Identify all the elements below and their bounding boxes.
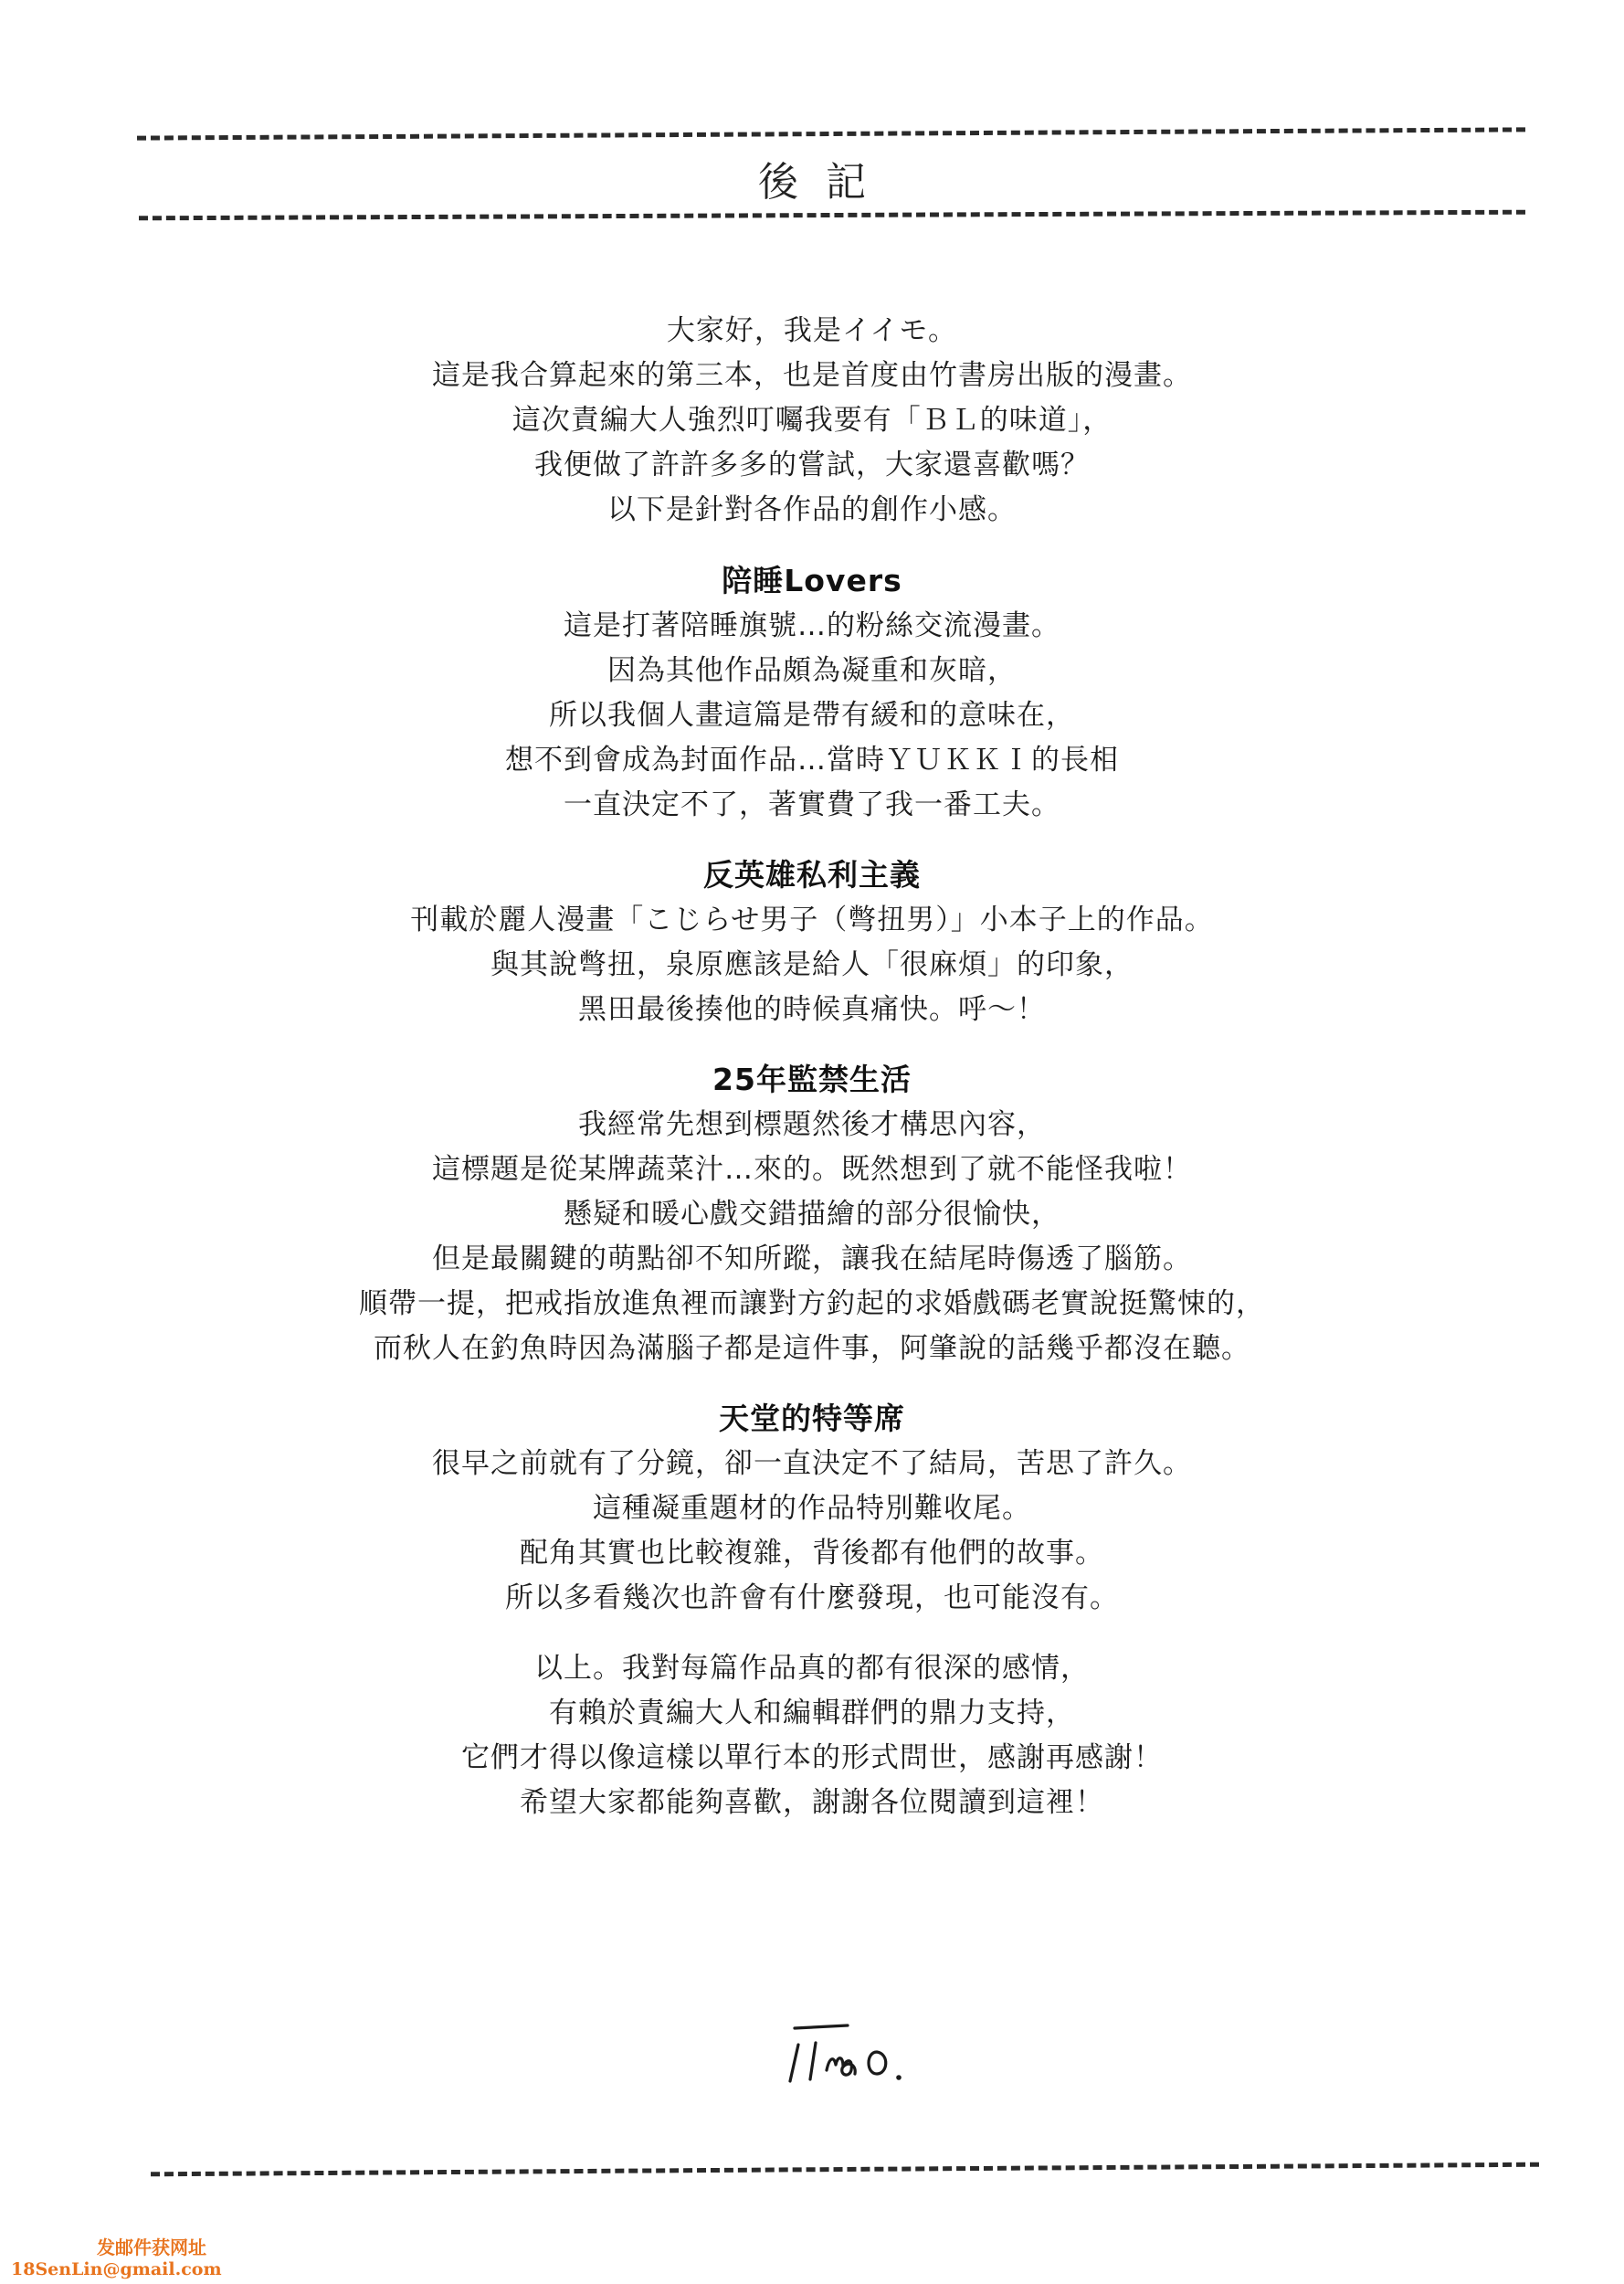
- bottom-dashed-divider: [151, 2162, 1539, 2177]
- intro-line: 這次責編大人強烈叮囑我要有「ＢＬ的味道」，: [0, 398, 1624, 443]
- section-line: 順帶一提，把戒指放進魚裡而讓對方釣起的求婚戲碼老實說挺驚悚的，: [0, 1282, 1624, 1327]
- section-line: 所以我個人畫這篇是帶有緩和的意味在，: [0, 693, 1624, 738]
- section-25-years: 25年監禁生活 我經常先想到標題然後才構思內容， 這標題是從某牌蔬菜汁…來的。既…: [0, 1057, 1624, 1371]
- intro-line: 我便做了許許多多的嘗試，大家還喜歡嗎？: [0, 443, 1624, 488]
- author-signature: [786, 2017, 968, 2090]
- watermark: 发邮件获网址 18SenLin@gmail.com: [0, 2236, 219, 2280]
- section-line: 配角其實也比較複雜，背後都有他們的故事。: [0, 1531, 1624, 1576]
- section-line: 想不到會成為封面作品…當時ＹＵＫＫＩ的長相: [0, 738, 1624, 783]
- watermark-email: 18SenLin@gmail.com: [0, 2258, 219, 2280]
- section-line: 但是最關鍵的萌點卻不知所蹤，讓我在結尾時傷透了腦筋。: [0, 1237, 1624, 1282]
- section-heading: 天堂的特等席: [0, 1396, 1624, 1442]
- section-line: 黑田最後揍他的時候真痛快。呼～！: [0, 988, 1624, 1032]
- section-line: 而秋人在釣魚時因為滿腦子都是這件事，阿肇說的話幾乎都沒在聽。: [0, 1327, 1624, 1371]
- section-anti-hero: 反英雄私利主義 刊載於麗人漫畫「こじらせ男子（彆扭男）」小本子上的作品。 與其說…: [0, 852, 1624, 1032]
- top-dashed-divider: [137, 127, 1525, 140]
- intro-line: 大家好，我是イイモ。: [0, 309, 1624, 354]
- closing-line: 有賴於責編大人和編輯群們的鼎力支持，: [0, 1691, 1624, 1736]
- page-title: 後記: [0, 149, 1624, 207]
- intro-line: 以下是針對各作品的創作小感。: [0, 488, 1624, 533]
- section-line: 我經常先想到標題然後才構思內容，: [0, 1103, 1624, 1147]
- section-line: 因為其他作品頗為凝重和灰暗，: [0, 649, 1624, 693]
- watermark-label: 发邮件获网址: [0, 2236, 219, 2258]
- title-dashed-divider: [139, 210, 1525, 221]
- section-line: 懸疑和暖心戲交錯描繪的部分很愉快，: [0, 1192, 1624, 1237]
- closing-line: 以上。我對每篇作品真的都有很深的感情，: [0, 1646, 1624, 1691]
- section-line: 這種凝重題材的作品特別難收尾。: [0, 1486, 1624, 1531]
- section-line: 這標題是從某牌蔬菜汁…來的。既然想到了就不能怪我啦！: [0, 1147, 1624, 1192]
- section-line: 一直決定不了，著實費了我一番工夫。: [0, 783, 1624, 828]
- closing-line: 希望大家都能夠喜歡，謝謝各位閱讀到這裡！: [0, 1781, 1624, 1825]
- section-line: 這是打著陪睡旗號…的粉絲交流漫畫。: [0, 604, 1624, 649]
- section-heading: 陪睡Lovers: [0, 558, 1624, 604]
- afterword-body: 大家好，我是イイモ。 這是我合算起來的第三本，也是首度由竹書房出版的漫畫。 這次…: [0, 309, 1624, 1825]
- intro-paragraph: 大家好，我是イイモ。 這是我合算起來的第三本，也是首度由竹書房出版的漫畫。 這次…: [0, 309, 1624, 533]
- section-line: 所以多看幾次也許會有什麼發現，也可能沒有。: [0, 1576, 1624, 1621]
- intro-line: 這是我合算起來的第三本，也是首度由竹書房出版的漫畫。: [0, 354, 1624, 398]
- section-heading: 反英雄私利主義: [0, 852, 1624, 898]
- section-heaven-seat: 天堂的特等席 很早之前就有了分鏡，卻一直決定不了結局，苦思了許久。 這種凝重題材…: [0, 1396, 1624, 1621]
- signature-scribble-icon: [786, 2017, 968, 2090]
- section-line: 刊載於麗人漫畫「こじらせ男子（彆扭男）」小本子上的作品。: [0, 898, 1624, 943]
- section-line: 與其說彆扭，泉原應該是給人「很麻煩」的印象，: [0, 943, 1624, 988]
- closing-line: 它們才得以像這樣以單行本的形式問世，感謝再感謝！: [0, 1736, 1624, 1781]
- section-soine-lovers: 陪睡Lovers 這是打著陪睡旗號…的粉絲交流漫畫。 因為其他作品頗為凝重和灰暗…: [0, 558, 1624, 828]
- closing-paragraph: 以上。我對每篇作品真的都有很深的感情， 有賴於責編大人和編輯群們的鼎力支持， 它…: [0, 1646, 1624, 1825]
- section-heading: 25年監禁生活: [0, 1057, 1624, 1103]
- section-line: 很早之前就有了分鏡，卻一直決定不了結局，苦思了許久。: [0, 1442, 1624, 1486]
